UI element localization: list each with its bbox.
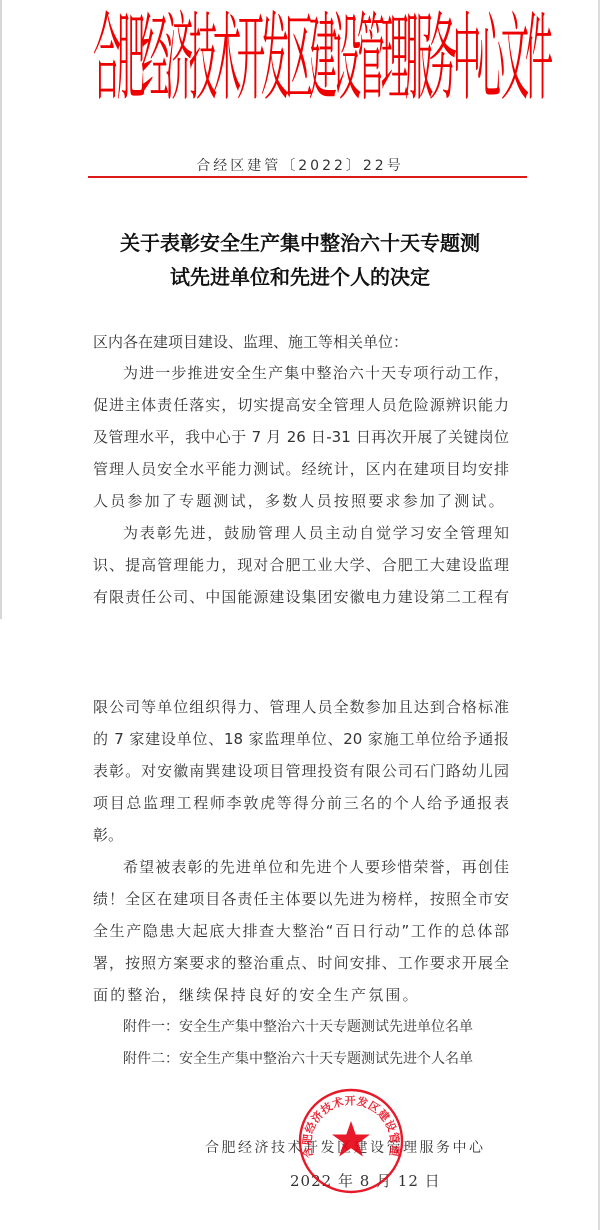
masthead-char: 肥 (117, 13, 141, 108)
masthead-char: 管 (357, 13, 381, 108)
masthead-char: 济 (165, 13, 189, 108)
body-line: 彰。 (93, 825, 509, 845)
body-line: 及管理水平，我中心于 7 月 26 日-31 日再次开展了关键岗位 (93, 427, 509, 447)
body-line: 项目总监理工程师李敦虎等得分前三名的个人给予通报表 (93, 793, 509, 813)
body-line: 绩！全区在建项目各责任主体要以先进为榜样，按照全市安 (93, 889, 509, 909)
body-line: 的 7 家建设单位、18 家监理单位、20 家施工单位给予通报 (93, 729, 509, 749)
masthead-char: 术 (213, 13, 237, 108)
salutation: 区内各在建项目建设、监理、施工等相关单位： (93, 332, 509, 352)
masthead-char: 理 (381, 13, 405, 108)
body-line: 为进一步推进安全生产集中整治六十天专项行动工作， (123, 363, 509, 383)
masthead-char: 合 (93, 13, 117, 108)
red-divider (88, 176, 527, 178)
masthead-char: 建 (309, 13, 333, 108)
page-1-left-edge (0, 0, 2, 619)
masthead-char: 件 (525, 13, 549, 108)
body-line: 管理人员安全水平能力测试。经统计，区内在建项目均安排 (93, 459, 509, 479)
body-line: 全生产隐患大起底大排查大整治“百日行动”工作的总体部 (93, 921, 509, 941)
masthead-char: 务 (429, 13, 453, 108)
body-line: 希望被表彰的先进单位和先进个人要珍惜荣誉，再创佳 (123, 857, 509, 877)
masthead-char: 设 (333, 13, 357, 108)
body-line: 有限责任公司、中国能源建设集团安徽电力建设第二工程有 (93, 587, 509, 607)
body-line: 识、提高管理能力，现对合肥工业大学、合肥工大建设监理 (93, 555, 509, 575)
masthead-char: 服 (405, 13, 429, 108)
body-line: 促进主体责任落实，切实提高安全管理人员危险源辨识能力 (93, 395, 509, 415)
body-line: 表彰。对安徽南巽建设项目管理投资有限公司石门路幼儿园 (93, 761, 509, 781)
masthead-char: 发 (261, 13, 285, 108)
body-line: 署，按照方案要求的整治重点、时间安排、工作要求开展全 (93, 953, 509, 973)
signature-organization: 合肥经济技术开发区建设管理服务中心 (205, 1137, 486, 1157)
masthead-char: 技 (189, 13, 213, 108)
masthead-char: 开 (237, 13, 261, 108)
title-line-2: 试先进单位和先进个人的决定 (60, 260, 540, 294)
body-line: 人员参加了专题测试，多数人员按照要求参加了测试。 (93, 491, 509, 511)
signature-date: 2022 年 8 月 12 日 (290, 1170, 441, 1191)
attachment-2: 附件二：安全生产集中整治六十天专题测试先进个人名单 (123, 1049, 473, 1069)
body-line: 为表彰先进，鼓励管理人员主动自觉学习安全管理知 (123, 523, 509, 543)
masthead-char: 心 (477, 13, 501, 108)
masthead-char: 中 (453, 13, 477, 108)
attachment-1: 附件一：安全生产集中整治六十天专题测试先进单位名单 (123, 1017, 473, 1037)
masthead-char: 文 (501, 13, 525, 108)
masthead-title: 合 肥 经 济 技 术 开 发 区 建 设 管 理 服 务 中 心 文 件 (93, 8, 530, 108)
body-line: 面的整治，继续保持良好的安全生产氛围。 (93, 985, 509, 1005)
document-number: 合经区建管〔2022〕22号 (0, 155, 600, 175)
body-line: 限公司等单位组织得力、管理人员全数参加且达到合格标准 (93, 697, 509, 717)
masthead-char: 区 (285, 13, 309, 108)
title-line-1: 关于表彰安全生产集中整治六十天专题测 (60, 226, 540, 260)
document-title: 关于表彰安全生产集中整治六十天专题测 试先进单位和先进个人的决定 (60, 226, 540, 294)
masthead-char: 经 (141, 13, 165, 108)
